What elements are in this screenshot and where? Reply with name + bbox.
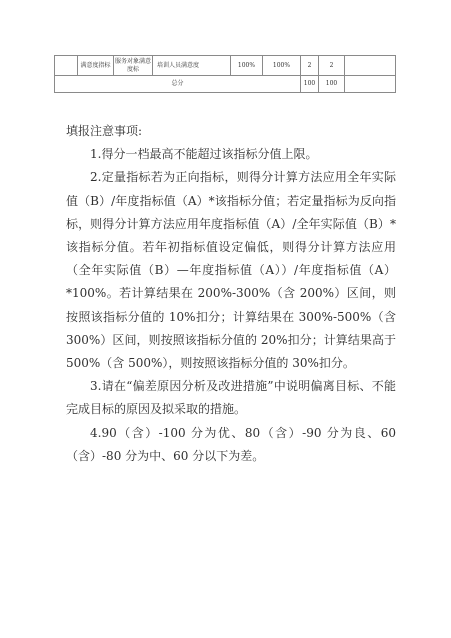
cell-total-label: 总分 (55, 76, 301, 93)
cell-weight: 2 (301, 56, 319, 76)
table-row-satisfaction: 满意度指标 服务对象满意度标 培训人员满意度 100% 100% 2 2 (55, 56, 396, 76)
cell-indicator-name: 培训人员满意度 (153, 56, 231, 76)
cell-total-score: 100 (319, 76, 345, 93)
cell-total-notes (345, 76, 396, 93)
note-item-3: 3.请在“偏差原因分析及改进措施”中说明偏离目标、不能完成目标的原因及拟采取的措… (66, 375, 396, 421)
cell-score: 2 (319, 56, 345, 76)
table-row-total: 总分 100 100 (55, 76, 396, 93)
notes-title: 填报注意事项: (66, 120, 396, 143)
cell-indicator-level2: 服务对象满意度标 (114, 56, 153, 76)
cell-actual-value: 100% (263, 56, 301, 76)
cell-total-weight: 100 (301, 76, 319, 93)
score-table: 满意度指标 服务对象满意度标 培训人员满意度 100% 100% 2 2 总分 … (54, 55, 396, 93)
filling-notes: 填报注意事项: 1.得分一档最高不能超过该指标分值上限。 2.定量指标若为正向指… (66, 120, 396, 468)
cell-deviation-notes (345, 56, 396, 76)
cell-indicator-level1: 满意度指标 (78, 56, 114, 76)
note-item-4: 4.90（含）-100 分为优、80（含）-90 分为良、60（含）-80 分为… (66, 422, 396, 468)
cell-target-value: 100% (231, 56, 263, 76)
note-item-2: 2.定量指标若为正向指标，则得分计算方法应用全年实际值（B）/年度指标值（A）*… (66, 166, 396, 375)
cell-category (55, 56, 78, 76)
note-item-1: 1.得分一档最高不能超过该指标分值上限。 (66, 143, 396, 166)
